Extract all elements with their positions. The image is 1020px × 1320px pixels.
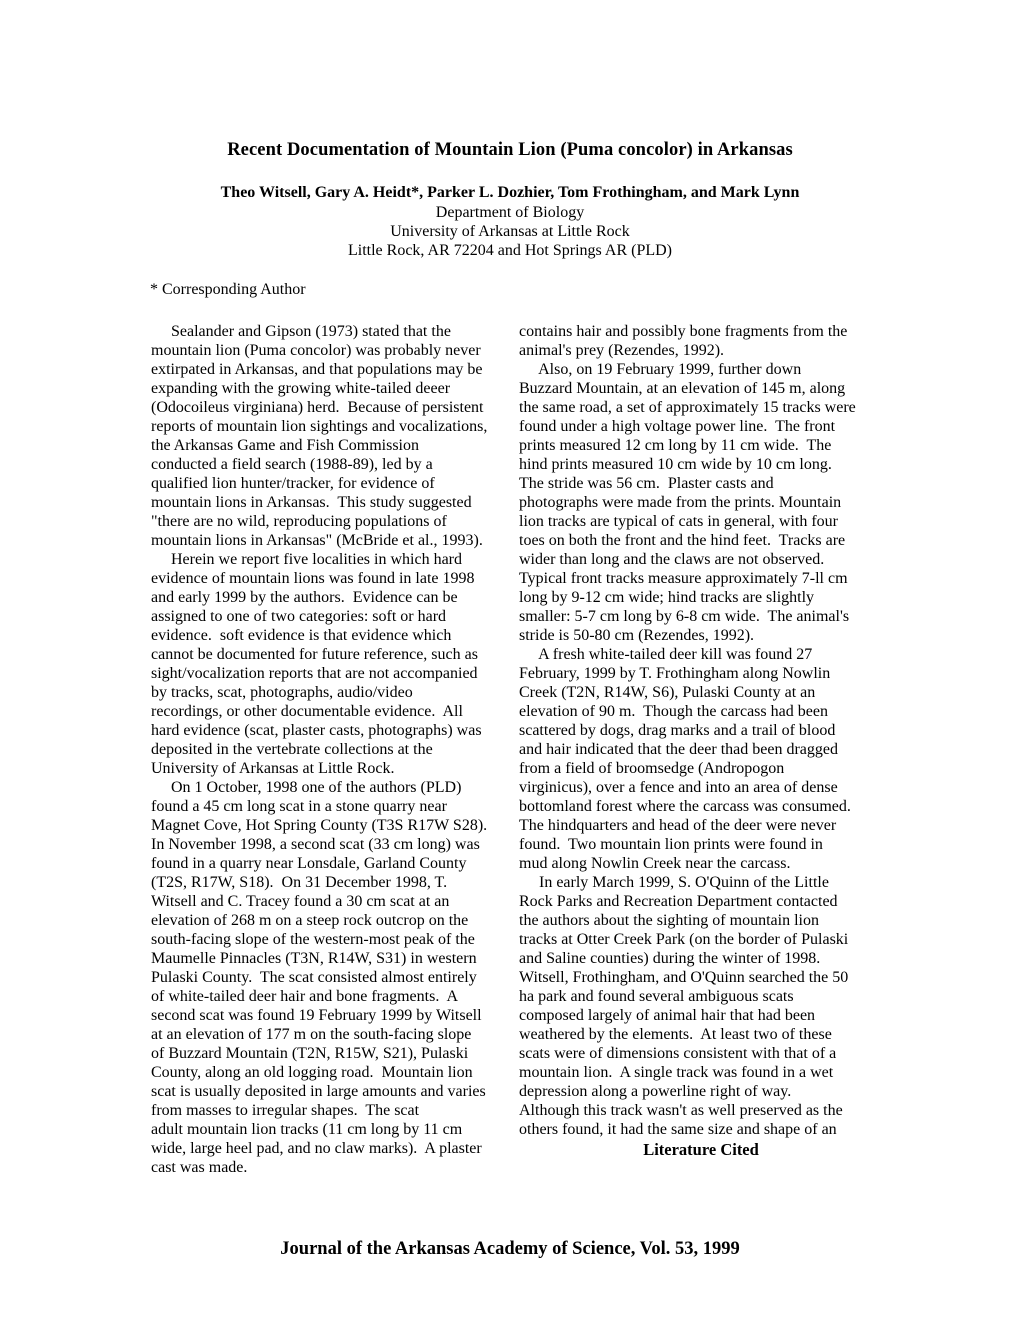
text-line: scattered by dogs, drag marks and a trai…	[519, 721, 883, 740]
text-line: Although this track wasn't as well prese…	[519, 1101, 883, 1120]
text-line: south-facing slope of the western-most p…	[151, 930, 513, 949]
text-line: second scat was found 19 February 1999 b…	[151, 1006, 513, 1025]
text-line: (T2S, R17W, S18). On 31 December 1998, T…	[151, 873, 513, 892]
text-line: Maumelle Pinnacles (T3N, R14W, S31) in w…	[151, 949, 513, 968]
text-line: lion tracks are typical of cats in gener…	[519, 512, 883, 531]
text-line: evidence. soft evidence is that evidence…	[151, 626, 513, 645]
text-line: of white-tailed deer hair and bone fragm…	[151, 987, 513, 1006]
text-line: cannot be documented for future referenc…	[151, 645, 513, 664]
text-line: expanding with the growing white-tailed …	[151, 379, 513, 398]
text-line: conducted a field search (1988-89), led …	[151, 455, 513, 474]
text-line: Creek (T2N, R14W, S6), Pulaski County at…	[519, 683, 883, 702]
text-line: by tracks, scat, photographs, audio/vide…	[151, 683, 513, 702]
text-line: On 1 October, 1998 one of the authors (P…	[151, 778, 513, 797]
text-line: stride is 50-80 cm (Rezendes, 1992).	[519, 626, 883, 645]
text-line: of Buzzard Mountain (T2N, R15W, S21), Pu…	[151, 1044, 513, 1063]
journal-footer: Journal of the Arkansas Academy of Scien…	[0, 1239, 1020, 1260]
text-line: In November 1998, a second scat (33 cm l…	[151, 835, 513, 854]
text-line: Department of Biology	[0, 203, 1020, 222]
text-line: mountain lions in Arkansas. This study s…	[151, 493, 513, 512]
text-line: Buzzard Mountain, at an elevation of 145…	[519, 379, 883, 398]
text-line: mountain lion. A single track was found …	[519, 1063, 883, 1082]
text-line: extirpated in Arkansas, and that populat…	[151, 360, 513, 379]
text-line: composed largely of animal hair that had…	[519, 1006, 883, 1025]
text-line: the Arkansas Game and Fish Commission	[151, 436, 513, 455]
text-line: ha park and found several ambiguous scat…	[519, 987, 883, 1006]
text-line: (Odocoileus virginiana) herd. Because of…	[151, 398, 513, 417]
text-line: weathered by the elements. At least two …	[519, 1025, 883, 1044]
text-line: A fresh white-tailed deer kill was found…	[519, 645, 883, 664]
left-column: Sealander and Gipson (1973) stated that …	[151, 322, 513, 1177]
text-line: February, 1999 by T. Frothingham along N…	[519, 664, 883, 683]
text-line: prints measured 12 cm long by 11 cm wide…	[519, 436, 883, 455]
text-line: smaller: 5-7 cm long by 6-8 cm wide. The…	[519, 607, 883, 626]
text-line: depression along a powerline right of wa…	[519, 1082, 883, 1101]
text-line: scat is usually deposited in large amoun…	[151, 1082, 513, 1101]
text-line: found. Two mountain lion prints were fou…	[519, 835, 883, 854]
text-line: and early 1999 by the authors. Evidence …	[151, 588, 513, 607]
text-line: elevation of 268 m on a steep rock outcr…	[151, 911, 513, 930]
text-line: wider than long and the claws are not ob…	[519, 550, 883, 569]
text-line: assigned to one of two categories: soft …	[151, 607, 513, 626]
text-line: the same road, a set of approximately 15…	[519, 398, 883, 417]
text-line: animal's prey (Rezendes, 1992).	[519, 341, 883, 360]
corresponding-author-note: * Corresponding Author	[150, 281, 306, 299]
text-line: In early March 1999, S. O'Quinn of the L…	[519, 873, 883, 892]
text-line: long by 9-12 cm wide; hind tracks are sl…	[519, 588, 883, 607]
text-line: and hair indicated that the deer thad be…	[519, 740, 883, 759]
article-title: Recent Documentation of Mountain Lion (P…	[0, 140, 1020, 161]
text-line: tracks at Otter Creek Park (on the borde…	[519, 930, 883, 949]
text-line: Herein we report five localities in whic…	[151, 550, 513, 569]
text-line: The hindquarters and head of the deer we…	[519, 816, 883, 835]
text-line: adult mountain lion tracks (11 cm long b…	[151, 1120, 513, 1139]
text-line: hard evidence (scat, plaster casts, phot…	[151, 721, 513, 740]
text-line: Rock Parks and Recreation Department con…	[519, 892, 883, 911]
text-line: mud along Nowlin Creek near the carcass.	[519, 854, 883, 873]
right-column: contains hair and possibly bone fragment…	[519, 322, 883, 1139]
text-line: the authors about the sighting of mounta…	[519, 911, 883, 930]
text-line: found a 45 cm long scat in a stone quarr…	[151, 797, 513, 816]
text-line: wide, large heel pad, and no claw marks)…	[151, 1139, 513, 1158]
text-line: found in a quarry near Lonsdale, Garland…	[151, 854, 513, 873]
text-line: University of Arkansas at Little Rock	[0, 222, 1020, 241]
text-line: Magnet Cove, Hot Spring County (T3S R17W…	[151, 816, 513, 835]
text-line: Typical front tracks measure approximate…	[519, 569, 883, 588]
text-line: hind prints measured 10 cm wide by 10 cm…	[519, 455, 883, 474]
text-line: deposited in the vertebrate collections …	[151, 740, 513, 759]
text-line: and Saline counties) during the winter o…	[519, 949, 883, 968]
text-line: Little Rock, AR 72204 and Hot Springs AR…	[0, 241, 1020, 260]
text-line: The stride was 56 cm. Plaster casts and	[519, 474, 883, 493]
document-page: Recent Documentation of Mountain Lion (P…	[0, 0, 1020, 1320]
text-line: Pulaski County. The scat consisted almos…	[151, 968, 513, 987]
text-line: mountain lions in Arkansas" (McBride et …	[151, 531, 513, 550]
text-line: found under a high voltage power line. T…	[519, 417, 883, 436]
text-line: mountain lion (Puma concolor) was probab…	[151, 341, 513, 360]
text-line: Sealander and Gipson (1973) stated that …	[151, 322, 513, 341]
text-line: Witsell, Frothingham, and O'Quinn search…	[519, 968, 883, 987]
text-line: qualified lion hunter/tracker, for evide…	[151, 474, 513, 493]
text-line: recordings, or other documentable eviden…	[151, 702, 513, 721]
text-line: sight/vocalization reports that are not …	[151, 664, 513, 683]
text-line: Witsell and C. Tracey found a 30 cm scat…	[151, 892, 513, 911]
text-line: cast was made.	[151, 1158, 513, 1177]
text-line: reports of mountain lion sightings and v…	[151, 417, 513, 436]
text-line: photographs were made from the prints. M…	[519, 493, 883, 512]
text-line: bottomland forest where the carcass was …	[519, 797, 883, 816]
affiliation-block: Department of BiologyUniversity of Arkan…	[0, 203, 1020, 260]
text-line: County, along an old logging road. Mount…	[151, 1063, 513, 1082]
text-line: contains hair and possibly bone fragment…	[519, 322, 883, 341]
text-line: elevation of 90 m. Though the carcass ha…	[519, 702, 883, 721]
text-line: "there are no wild, reproducing populati…	[151, 512, 513, 531]
text-line: toes on both the front and the hind feet…	[519, 531, 883, 550]
text-line: at an elevation of 177 m on the south-fa…	[151, 1025, 513, 1044]
text-line: Also, on 19 February 1999, further down	[519, 360, 883, 379]
text-line: scats were of dimensions consistent with…	[519, 1044, 883, 1063]
text-line: evidence of mountain lions was found in …	[151, 569, 513, 588]
text-line: from a field of broomsedge (Andropogon	[519, 759, 883, 778]
literature-cited-heading: Literature Cited	[519, 1140, 883, 1160]
authors-line: Theo Witsell, Gary A. Heidt*, Parker L. …	[0, 184, 1020, 202]
text-line: others found, it had the same size and s…	[519, 1120, 883, 1139]
text-line: University of Arkansas at Little Rock.	[151, 759, 513, 778]
text-line: from masses to irregular shapes. The sca…	[151, 1101, 513, 1120]
text-line: virginicus), over a fence and into an ar…	[519, 778, 883, 797]
